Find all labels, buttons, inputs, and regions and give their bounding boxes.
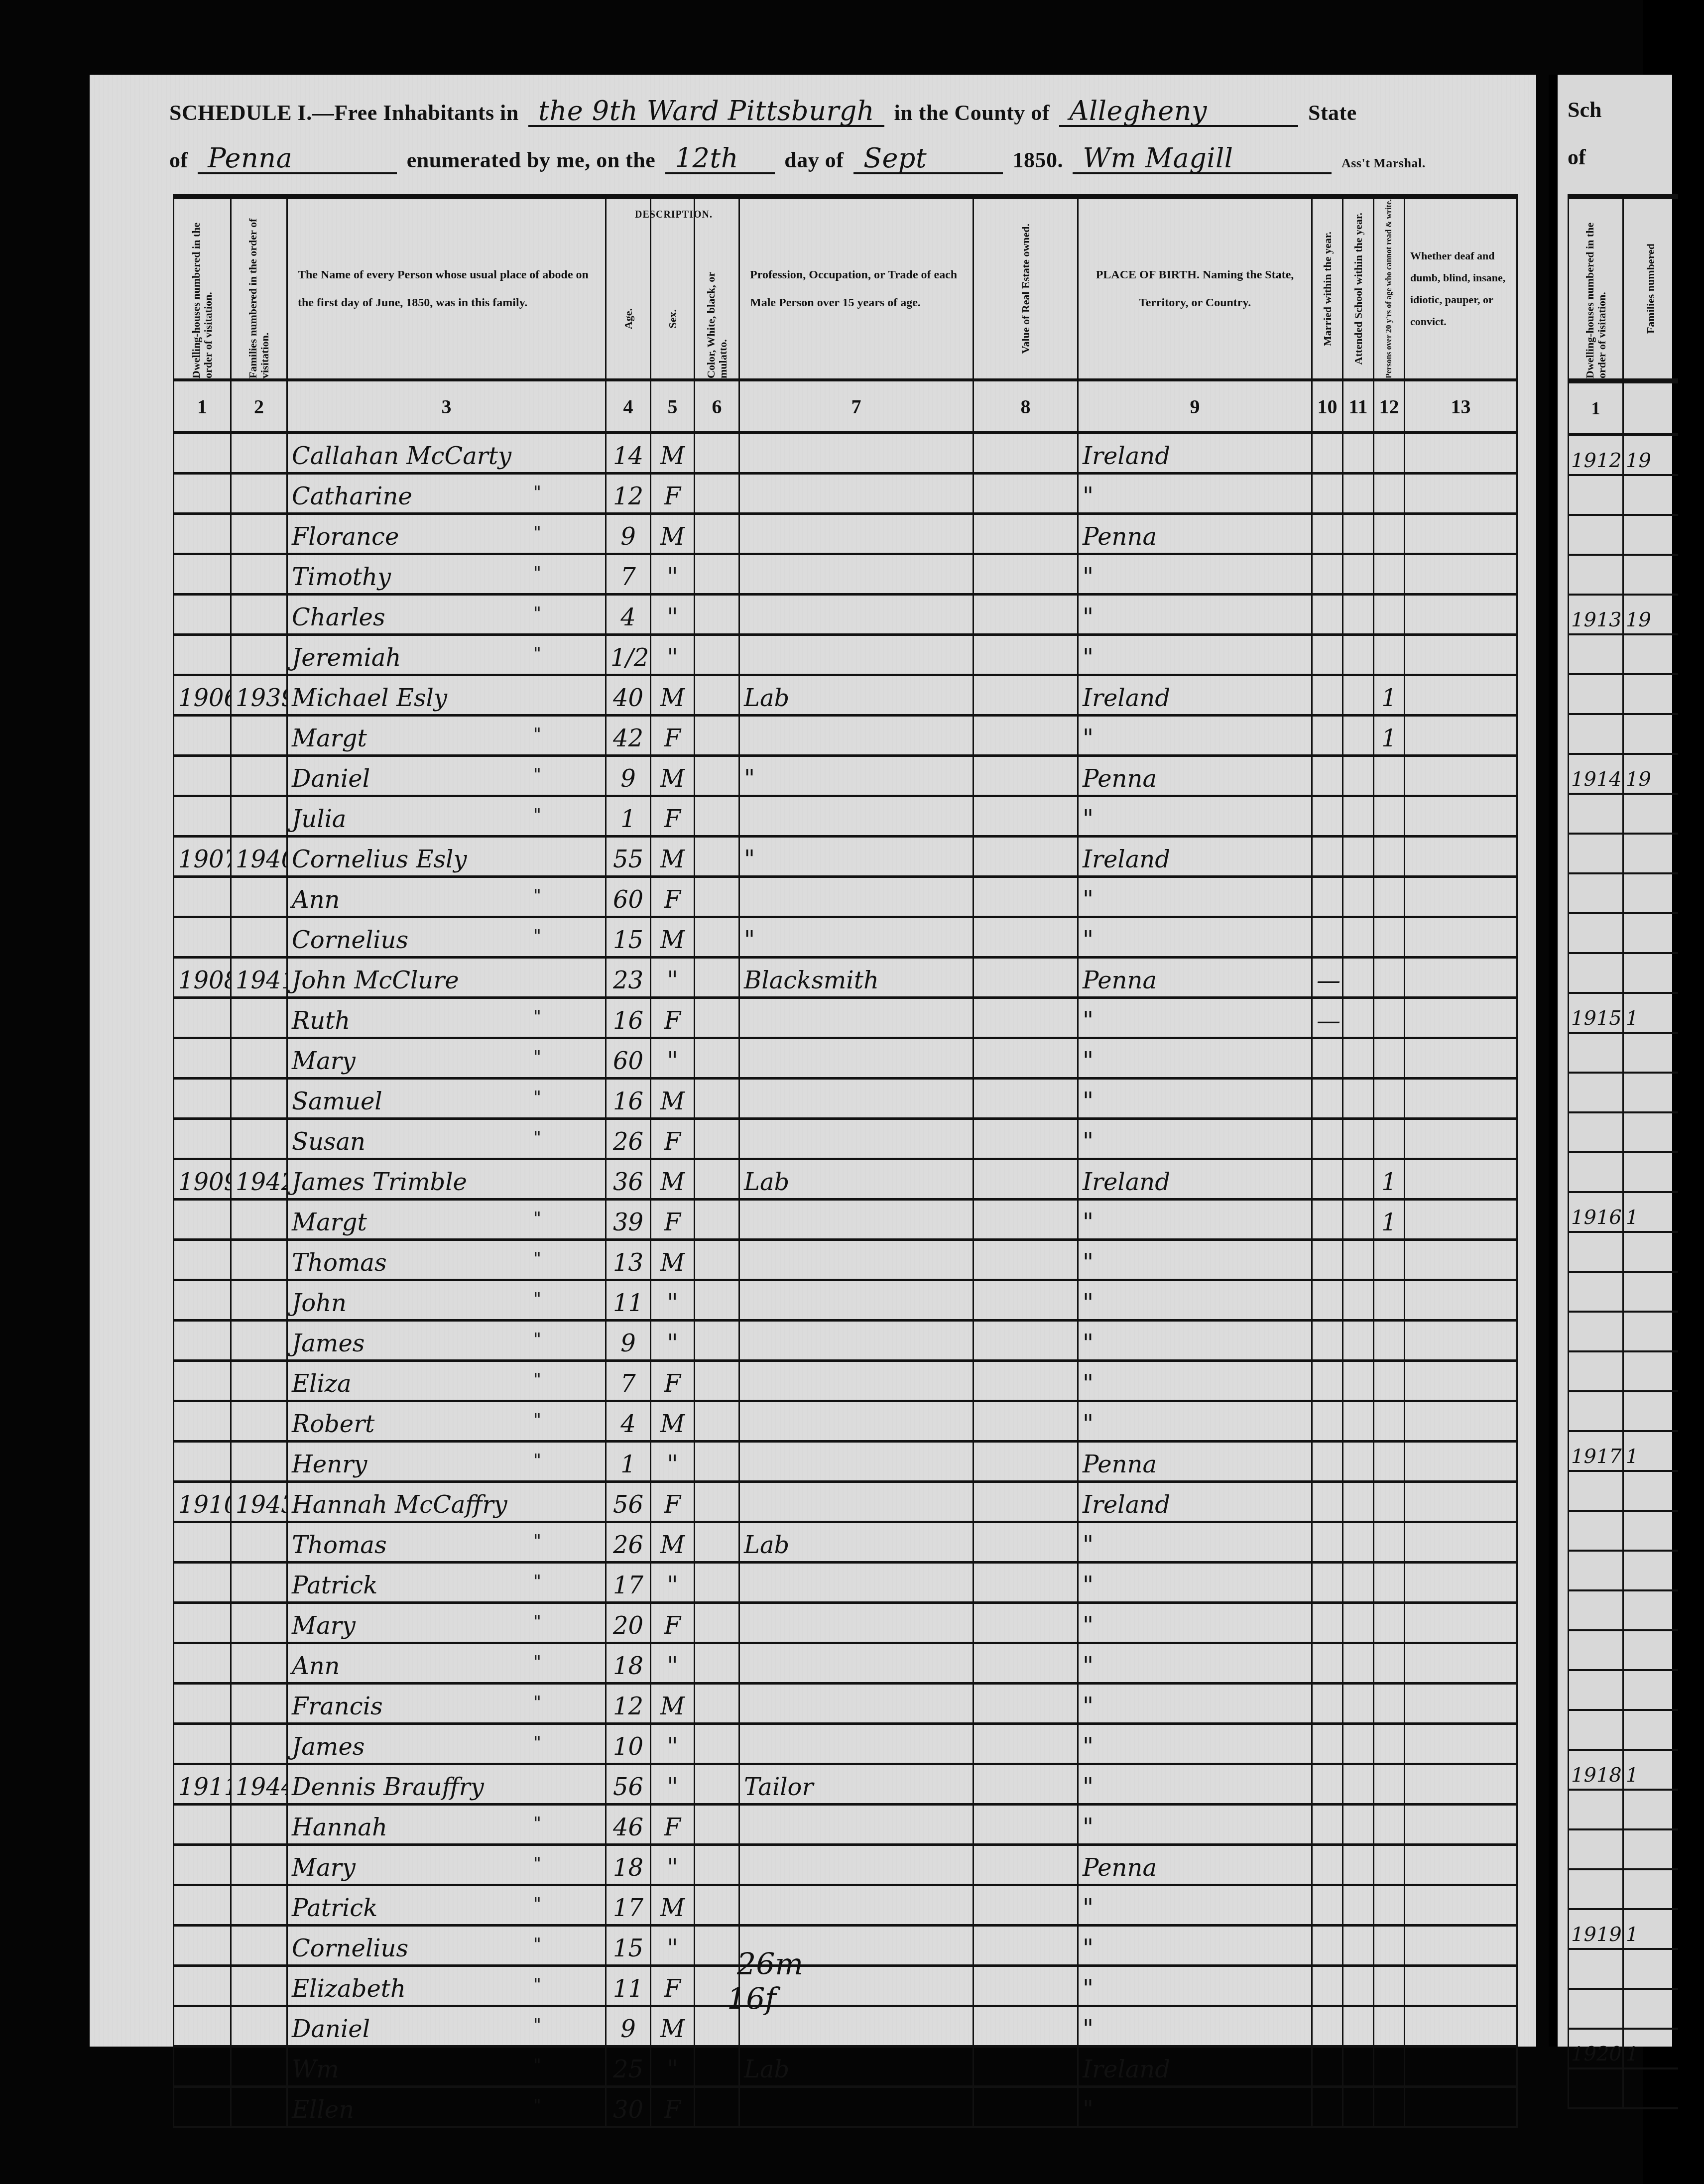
infirmity-cell	[1405, 554, 1517, 595]
surname-ditto-mark: "	[533, 1047, 541, 1067]
age-cell: 12	[606, 474, 651, 514]
header-color: Color, White, black, or mulatto.	[695, 197, 739, 380]
adjacent-dwelling-number: 1914	[1571, 768, 1622, 791]
attended-school-cell	[1343, 1482, 1374, 1522]
family-number-cell	[231, 877, 287, 917]
dwelling-number-cell: 13	[174, 917, 231, 958]
person-name: Cornelius	[292, 926, 408, 954]
colnum-3: 3	[287, 380, 606, 433]
infirmity-cell	[1405, 1321, 1517, 1361]
schedule-label: SCHEDULE I.—Free Inhabitants in	[169, 101, 519, 125]
person-name: Catharine	[292, 483, 412, 510]
adjacent-dwelling-cell	[1569, 1590, 1623, 1630]
infirmity-cell	[1405, 1159, 1517, 1200]
family-number-cell	[231, 595, 287, 635]
person-name: Dennis Brauffry	[292, 1773, 484, 1801]
age-cell: 11	[606, 1280, 651, 1321]
adjacent-dwelling-number: 1913	[1571, 608, 1622, 631]
sex-cell: F	[651, 1805, 695, 1845]
person-name-cell: Cornelius Esly	[287, 837, 606, 877]
adjacent-row	[1569, 1351, 1678, 1391]
surname-ditto-mark: "	[533, 1814, 541, 1833]
real-estate-value-cell	[974, 1724, 1078, 1764]
person-name-cell: Ann"	[287, 1643, 606, 1684]
colnum-1: 1	[174, 380, 231, 433]
sex-cell: "	[651, 1442, 695, 1482]
married-within-year-cell	[1312, 1563, 1343, 1603]
attended-school-cell	[1343, 433, 1374, 474]
adjacent-row	[1569, 2068, 1678, 2108]
infirmity-cell	[1405, 1442, 1517, 1482]
birthplace-cell: Penna	[1078, 1442, 1312, 1482]
birthplace-cell: Penna	[1078, 958, 1312, 998]
family-number-cell	[231, 474, 287, 514]
age-cell: 9	[606, 2006, 651, 2047]
dwelling-number-cell: 26	[174, 1442, 231, 1482]
age-cell: 55	[606, 837, 651, 877]
age: 26	[613, 1531, 643, 1559]
dwelling-number-cell: 3	[174, 514, 231, 554]
adjacent-family-cell	[1623, 1112, 1678, 1152]
adjacent-title-fragment: Sch	[1568, 97, 1601, 122]
infirmity-cell	[1405, 1926, 1517, 1966]
birthplace-cell: "	[1078, 1563, 1312, 1603]
birthplace: "	[1083, 1330, 1094, 1357]
married-within-year-cell	[1312, 675, 1343, 716]
married-within-year-cell	[1312, 1845, 1343, 1885]
adjacent-family-cell	[1623, 1869, 1678, 1909]
attended-school-cell	[1343, 1321, 1374, 1361]
sex-cell: M	[651, 1240, 695, 1280]
adjacent-dwelling-cell	[1569, 555, 1623, 595]
birthplace-cell: "	[1078, 1603, 1312, 1643]
adjacent-row	[1569, 1391, 1678, 1431]
sex-cell: M	[651, 756, 695, 796]
table-row: 1419081941John McClure23"BlacksmithPenna…	[174, 958, 1517, 998]
attended-school-cell	[1343, 1079, 1374, 1119]
real-estate-value-cell	[974, 1321, 1078, 1361]
surname-ditto-mark: "	[533, 1249, 541, 1269]
person-name-cell: Susan"	[287, 1119, 606, 1159]
real-estate-value-cell	[974, 1764, 1078, 1805]
person-name: John	[292, 1289, 347, 1317]
real-estate-value-cell	[974, 1966, 1078, 2006]
surname-ditto-mark: "	[533, 1451, 541, 1470]
family-number-cell	[231, 2047, 287, 2087]
adjacent-row: 19151	[1569, 993, 1678, 1033]
dwelling-number-cell: 17	[174, 1079, 231, 1119]
sex-cell: M	[651, 1684, 695, 1724]
color-cell	[695, 514, 739, 554]
adjacent-family-cell	[1623, 634, 1678, 674]
census-page: SCHEDULE I.—Free Inhabitants in the 9th …	[90, 75, 1536, 2047]
person-name-cell: Charles"	[287, 595, 606, 635]
real-estate-value-cell	[974, 474, 1078, 514]
dwelling-number-cell: 33	[174, 1724, 231, 1764]
sex-cell: "	[651, 1724, 695, 1764]
cannot-read-write-cell	[1374, 635, 1405, 675]
age: 14	[613, 442, 643, 470]
adjacent-family-cell	[1623, 714, 1678, 754]
sex: M	[660, 1894, 685, 1922]
cannot-read-write-cell: 1	[1374, 1159, 1405, 1200]
cannot-read-write-cell	[1374, 1119, 1405, 1159]
person-name-cell: Mary"	[287, 1603, 606, 1643]
dwelling-number-cell: 38	[174, 1926, 231, 1966]
dwelling-number-cell: 15	[174, 998, 231, 1038]
adjacent-row	[1569, 1551, 1678, 1590]
birthplace: "	[1083, 1531, 1094, 1559]
adjacent-row: 191219	[1569, 435, 1678, 475]
family-number-cell	[231, 756, 287, 796]
adjacent-row: 19181	[1569, 1750, 1678, 1790]
age-cell: 12	[606, 1684, 651, 1724]
occupation-cell: Lab	[739, 1522, 974, 1563]
person-name: Hannah McCaffry	[292, 1491, 507, 1519]
married-within-year-cell	[1312, 474, 1343, 514]
adjacent-row	[1569, 1829, 1678, 1869]
adjacent-row: 191319	[1569, 595, 1678, 634]
adjacent-family-cell	[1623, 1949, 1678, 1989]
dwelling-number-cell: 32	[174, 1684, 231, 1724]
sex: "	[667, 2056, 678, 2083]
family-number-cell	[231, 796, 287, 837]
family-number-cell	[231, 1119, 287, 1159]
adjacent-header-family: Families numbered	[1623, 197, 1678, 381]
birthplace: "	[1083, 805, 1094, 833]
age-cell: 4	[606, 595, 651, 635]
person-name-cell: Julia"	[287, 796, 606, 837]
occupation-cell	[739, 1442, 974, 1482]
real-estate-value-cell	[974, 1885, 1078, 1926]
attended-school-cell	[1343, 1805, 1374, 1845]
birthplace: Penna	[1083, 967, 1157, 994]
age-cell: 60	[606, 877, 651, 917]
table-row: 9Daniel"9M"Penna	[174, 756, 1517, 796]
dwelling-number-cell: 4	[174, 554, 231, 595]
adjacent-row	[1569, 1232, 1678, 1272]
married-within-year-cell	[1312, 1966, 1343, 2006]
married-within-year-cell	[1312, 1643, 1343, 1684]
age-cell: 36	[606, 1159, 651, 1200]
cannot-read-write-cell: 1	[1374, 675, 1405, 716]
person-name: Ellen	[292, 2096, 354, 2124]
adjacent-family-cell	[1623, 1312, 1678, 1351]
cannot-read-write: 1	[1381, 725, 1397, 752]
cannot-read-write-cell	[1374, 1563, 1405, 1603]
age: 4	[620, 604, 636, 631]
day-of-label: day of	[784, 148, 844, 172]
occupation-cell	[739, 1280, 974, 1321]
adjacent-row	[1569, 674, 1678, 714]
married-within-year-cell	[1312, 1159, 1343, 1200]
occupation-cell	[739, 716, 974, 756]
table-row: 20Margt"39F"1	[174, 1200, 1517, 1240]
cannot-read-write-cell	[1374, 837, 1405, 877]
attended-school-cell	[1343, 877, 1374, 917]
adjacent-family-cell	[1623, 1152, 1678, 1192]
sex: M	[660, 1693, 685, 1720]
birthplace: "	[1083, 1773, 1094, 1801]
birthplace: Ireland	[1083, 846, 1170, 873]
adjacent-family-cell: 1	[1623, 1431, 1678, 1471]
adjacent-family-number: 19	[1626, 768, 1651, 791]
age: 12	[613, 1693, 643, 1720]
header-dwelling: Dwelling-houses numbered in the order of…	[174, 197, 231, 380]
infirmity-cell	[1405, 635, 1517, 675]
family-number-cell	[231, 1240, 287, 1280]
age-cell: 13	[606, 1240, 651, 1280]
census-table: Dwelling-houses numbered in the order of…	[173, 194, 1518, 2128]
birthplace: "	[1083, 1047, 1094, 1075]
cannot-read-write: 1	[1381, 1168, 1397, 1196]
surname-ditto-mark: "	[533, 2056, 541, 2075]
real-estate-value-cell	[974, 2006, 1078, 2047]
attended-school-cell	[1343, 958, 1374, 998]
person-name: Callahan McCarty	[292, 442, 511, 470]
surname-ditto-mark: "	[533, 604, 541, 623]
infirmity-cell	[1405, 2006, 1517, 2047]
real-estate-value-cell	[974, 756, 1078, 796]
sex: M	[660, 1249, 685, 1277]
infirmity-cell	[1405, 1684, 1517, 1724]
birthplace-cell: Ireland	[1078, 1482, 1312, 1522]
color-cell	[695, 1563, 739, 1603]
surname-ditto-mark: "	[533, 1088, 541, 1107]
sex: F	[664, 2096, 681, 2124]
color-cell	[695, 837, 739, 877]
color-cell	[695, 917, 739, 958]
adjacent-dwelling-number: 1915	[1571, 1007, 1622, 1030]
occupation-cell: Lab	[739, 675, 974, 716]
adjacent-family-cell	[1623, 913, 1678, 953]
occupation-cell	[739, 474, 974, 514]
person-name-cell: Catharine"	[287, 474, 606, 514]
attended-school-cell	[1343, 716, 1374, 756]
person-name: Patrick	[292, 1894, 377, 1922]
color-cell	[695, 998, 739, 1038]
adjacent-row	[1569, 714, 1678, 754]
age-cell: 17	[606, 1885, 651, 1926]
infirmity-cell	[1405, 2047, 1517, 2087]
birthplace: "	[1083, 604, 1094, 631]
surname-ditto-mark: "	[533, 563, 541, 583]
person-name: Mary	[292, 1047, 356, 1075]
surname-ditto-mark: "	[533, 1894, 541, 1914]
birthplace-cell: "	[1078, 917, 1312, 958]
cannot-read-write-cell	[1374, 554, 1405, 595]
adjacent-family-cell	[1623, 1710, 1678, 1750]
cannot-read-write-cell	[1374, 2047, 1405, 2087]
birthplace-cell: Penna	[1078, 1845, 1312, 1885]
adjacent-family-cell: 1	[1623, 1750, 1678, 1790]
adjacent-dwelling-cell: 1915	[1569, 993, 1623, 1033]
table-row: 6Jeremiah"1/2""	[174, 635, 1517, 675]
attended-school-cell	[1343, 2087, 1374, 2127]
sex-cell: F	[651, 2087, 695, 2127]
adjacent-dwelling-cell	[1569, 1272, 1623, 1312]
adjacent-row	[1569, 953, 1678, 993]
color-cell	[695, 1442, 739, 1482]
married-within-year-cell	[1312, 1603, 1343, 1643]
tally-note: 26m 16f	[737, 1947, 803, 2017]
birthplace-cell: "	[1078, 1361, 1312, 1401]
adjacent-family-cell: 1	[1623, 1192, 1678, 1232]
family-number-cell	[231, 1361, 287, 1401]
occupation-cell	[739, 1563, 974, 1603]
sex: F	[664, 725, 681, 752]
infirmity-cell	[1405, 1119, 1517, 1159]
adjacent-row	[1569, 634, 1678, 674]
table-row: 30Mary"20F"	[174, 1603, 1517, 1643]
month-field: Sept	[853, 144, 1003, 174]
birthplace: Ireland	[1083, 2056, 1170, 2083]
sex: "	[667, 1652, 678, 1680]
age: 1/2	[610, 644, 649, 672]
color-cell	[695, 2047, 739, 2087]
person-name: Florance	[292, 523, 399, 551]
table-row: 17Samuel"16M"	[174, 1079, 1517, 1119]
birthplace: "	[1083, 644, 1094, 672]
person-name-cell: Thomas"	[287, 1240, 606, 1280]
age: 55	[613, 846, 643, 873]
adjacent-row: 19201	[1569, 2029, 1678, 2068]
marshal-field: Wm Magill	[1073, 144, 1332, 174]
table-row: 36Mary"18"Penna	[174, 1845, 1517, 1885]
real-estate-value-cell	[974, 675, 1078, 716]
family-number-cell	[231, 1522, 287, 1563]
cannot-read-write-cell	[1374, 433, 1405, 474]
age-cell: 46	[606, 1805, 651, 1845]
colnum-2: 2	[231, 380, 287, 433]
color-cell	[695, 958, 739, 998]
sex-cell: F	[651, 1603, 695, 1643]
attended-school-cell	[1343, 514, 1374, 554]
birthplace-cell: "	[1078, 1684, 1312, 1724]
real-estate-value-cell	[974, 716, 1078, 756]
dwelling-number-cell: 141908	[174, 958, 231, 998]
real-estate-value-cell	[974, 1845, 1078, 1885]
person-name-cell: James"	[287, 1724, 606, 1764]
infirmity-cell	[1405, 1482, 1517, 1522]
birthplace: Ireland	[1083, 1168, 1170, 1196]
birthplace: "	[1083, 1088, 1094, 1115]
table-row: 18Susan"26F"	[174, 1119, 1517, 1159]
family-number: 1941	[236, 967, 287, 994]
surname-ditto-mark: "	[533, 483, 541, 502]
county-label: in the County of	[894, 101, 1050, 125]
sex-cell: F	[651, 796, 695, 837]
adjacent-dwelling-cell	[1569, 1232, 1623, 1272]
dwelling-number-cell: 41	[174, 2047, 231, 2087]
birthplace: Ireland	[1083, 442, 1170, 470]
adjacent-dwelling-number: 1916	[1571, 1206, 1622, 1229]
cannot-read-write-cell	[1374, 1926, 1405, 1966]
adjacent-row	[1569, 1630, 1678, 1670]
infirmity-cell	[1405, 877, 1517, 917]
color-cell	[695, 1079, 739, 1119]
colnum-7: 7	[739, 380, 974, 433]
adjacent-family-number: 1	[1626, 1206, 1638, 1229]
adjacent-family-cell: 19	[1623, 754, 1678, 794]
person-name: Ann	[292, 1652, 340, 1680]
real-estate-value-cell	[974, 514, 1078, 554]
person-name-cell: Mary"	[287, 1845, 606, 1885]
person-name-cell: Thomas"	[287, 1522, 606, 1563]
colnum-12: 12	[1374, 380, 1405, 433]
person-name-cell: Hannah"	[287, 1805, 606, 1845]
adjacent-dwelling-cell	[1569, 714, 1623, 754]
sex: F	[664, 1814, 681, 1841]
person-name: Ann	[292, 886, 340, 914]
married-within-year-cell	[1312, 514, 1343, 554]
person-name-cell: Daniel"	[287, 2006, 606, 2047]
color-cell	[695, 1764, 739, 1805]
occupation-cell	[739, 1119, 974, 1159]
person-name-cell: Callahan McCarty	[287, 433, 606, 474]
occupation-cell	[739, 998, 974, 1038]
occupation: Blacksmith	[744, 967, 879, 994]
colnum-10: 10	[1312, 380, 1343, 433]
birthplace: "	[1083, 1693, 1094, 1720]
occupation-cell	[739, 514, 974, 554]
sex-cell: F	[651, 998, 695, 1038]
occupation-cell	[739, 1079, 974, 1119]
color-cell	[695, 1038, 739, 1079]
infirmity-cell	[1405, 1885, 1517, 1926]
color-cell	[695, 1240, 739, 1280]
adjacent-family-cell	[1623, 515, 1678, 555]
family-number-cell: 1941	[231, 958, 287, 998]
header-married: Married within the year.	[1312, 197, 1343, 380]
married-within-year-cell	[1312, 917, 1343, 958]
dwelling-number-cell: 36	[174, 1845, 231, 1885]
adjacent-row	[1569, 1790, 1678, 1829]
real-estate-value-cell	[974, 1159, 1078, 1200]
infirmity-cell	[1405, 1845, 1517, 1885]
person-name-cell: Timothy"	[287, 554, 606, 595]
adjacent-dwelling-cell	[1569, 873, 1623, 913]
dwelling-number-cell: 111907	[174, 837, 231, 877]
sex-cell: F	[651, 1966, 695, 2006]
color-cell	[695, 1361, 739, 1401]
sex-cell: F	[651, 1200, 695, 1240]
adjacent-family-cell	[1623, 1391, 1678, 1431]
adjacent-dwelling-cell	[1569, 1829, 1623, 1869]
dwelling-number-cell: 9	[174, 756, 231, 796]
family-number-cell	[231, 554, 287, 595]
real-estate-value-cell	[974, 1442, 1078, 1482]
person-name-cell: Jeremiah"	[287, 635, 606, 675]
surname-ditto-mark: "	[533, 1652, 541, 1672]
age-cell: 39	[606, 1200, 651, 1240]
description-group-label: DESCRIPTION.	[607, 209, 741, 221]
cannot-read-write-cell	[1374, 1280, 1405, 1321]
enumerated-label: enumerated by me, on the	[407, 148, 656, 172]
age-cell: 42	[606, 716, 651, 756]
sex: F	[664, 1007, 681, 1035]
header-name: The Name of every Person whose usual pla…	[287, 197, 606, 380]
age: 17	[613, 1894, 643, 1922]
color-cell	[695, 1805, 739, 1845]
age-cell: 18	[606, 1643, 651, 1684]
adjacent-family-cell	[1623, 1272, 1678, 1312]
occupation-cell	[739, 1361, 974, 1401]
cannot-read-write-cell: 1	[1374, 716, 1405, 756]
surname-ditto-mark: "	[533, 1289, 541, 1309]
table-row: 28Thomas"26MLab"	[174, 1522, 1517, 1563]
family-number-cell	[231, 917, 287, 958]
